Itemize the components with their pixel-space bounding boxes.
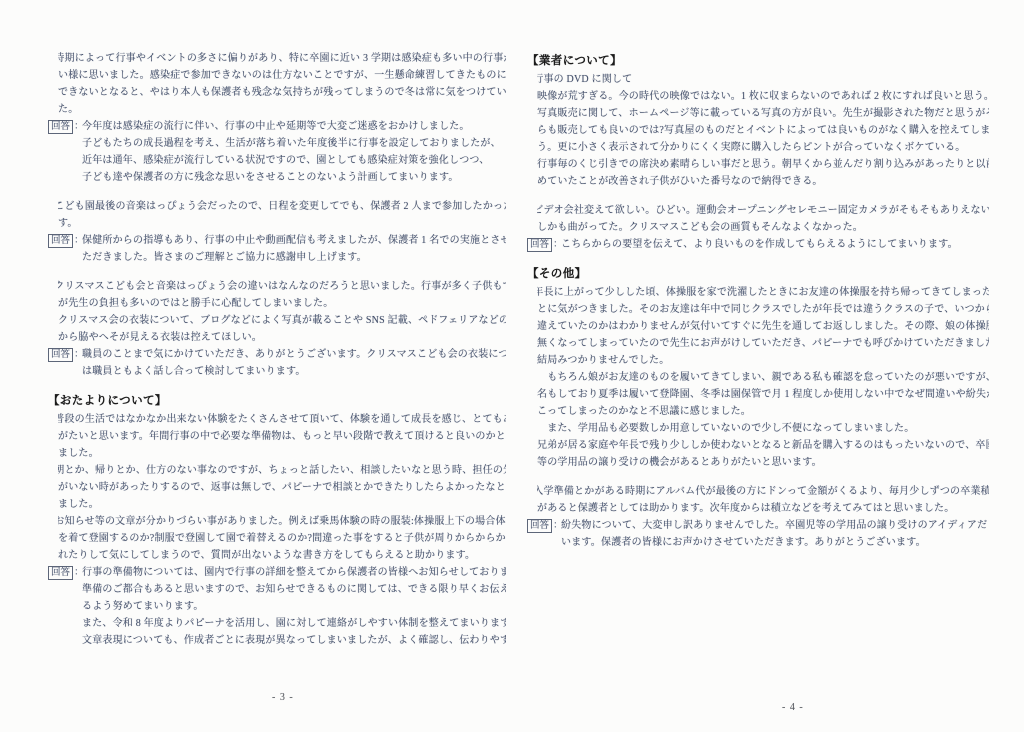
answer-text-line: 準備のご都合もあると思いますので、お知らせできるものに関しては、できる限り早くお… (82, 581, 506, 598)
question-text-line: クリスマスこども会と音楽はっぴょう会の違いはなんなのだろうと思いました。行事が多… (58, 278, 506, 295)
answer-label: 回答 (48, 120, 73, 134)
page-number-3: - 3 - (272, 692, 294, 703)
answer-colon-mark (553, 236, 563, 253)
question-text-line: また、学用品も必要数しか用意していないので少し不便になってしまいました。 (537, 420, 989, 437)
answer-text-line: るよう努めてまいります。 (82, 598, 506, 615)
question-text-line: がたいと思います。年間行事の中で必要な準備物は、もっと早い段階で教えて頂けると良… (58, 428, 506, 445)
answer-block: 回答行事の準備物については、園内で行事の詳細を整えてから保護者の皆様へお知らせし… (48, 564, 506, 649)
question-text-line: 写真販売に関して、ホームページ等に載っている写真の方が良い。先生が撮影された物だ… (537, 105, 989, 122)
answer-block: 回答こちらからの要望を伝えて、より良いものを作成してもらえるようにしてまいります… (527, 236, 989, 253)
page-number-4: - 4 - (782, 702, 804, 713)
document-page-3: 時期によって行事やイベントの多さに偏りがあり、特に卒園に近い 3 学期は感染症も… (48, 50, 506, 649)
document-canvas: 時期によって行事やイベントの多さに偏りがあり、特に卒園に近い 3 学期は感染症も… (0, 0, 1024, 732)
question-item: 普段の生活ではなかなか出来ない体験をたくさんさせて頂いて、体験を通して成長を感じ… (48, 411, 506, 462)
answer-text-line: 近年は通年、感染症が流行している状況ですので、園としても感染症対策を強化しつつ、 (82, 152, 506, 169)
answer-text-line: こちらからの要望を伝えて、より良いものを作成してもらえるようにしてまいります。 (561, 236, 989, 253)
question-item: 時期によって行事やイベントの多さに偏りがあり、特に卒園に近い 3 学期は感染症も… (48, 50, 506, 118)
answer-text-line: 保健所からの指導もあり、行事の中止や動画配信も考えましたが、保護者 1 名での実… (82, 232, 506, 249)
answer-label: 回答 (527, 238, 552, 252)
answer-text-line: 文章表現についても、作成者ごとに表現が異なってしまいましたが、よく確認し、伝わり… (82, 632, 506, 649)
question-text-line: こども園最後の音楽はっぴょう会だったので、日程を変更してでも、保護者 2 人まで… (58, 198, 506, 215)
question-text-line: ビデオ会社変えて欲しい。ひどい。運動会オープニングセレモニー固定カメラがそもそも… (537, 202, 989, 219)
question-text-line: た。 (58, 101, 506, 118)
question-text-line: から脇やへそが見える衣装は控えてほしい。 (58, 329, 506, 346)
question-item: こども園最後の音楽はっぴょう会だったので、日程を変更してでも、保護者 2 人まで… (48, 198, 506, 232)
answer-block: 回答紛失物について、大変申し訳ありませんでした。卒園児等の学用品の譲り受けのアイ… (527, 517, 989, 551)
question-group: ビデオ会社変えて欲しい。ひどい。運動会オープニングセレモニー固定カメラがそもそも… (527, 202, 989, 236)
question-text-line: 入学準備とかがある時期にアルバム代が最後の方にドンって金額がくるより、毎月少しず… (537, 483, 989, 500)
question-text-line: 違えていたのかはわかりませんが気付いてすぐに先生を通してお返ししました。その際、… (537, 318, 989, 335)
answer-colon-mark (553, 517, 563, 534)
question-group: 入学準備とかがある時期にアルバム代が最後の方にドンって金額がくるより、毎月少しず… (527, 483, 989, 517)
section-heading: 【その他】 (527, 265, 989, 283)
question-text-line: こってしまったのかなと不思議に感じました。 (537, 403, 989, 420)
answer-text-line: は職員ともよく話し合って検討してまいります。 (82, 363, 506, 380)
question-text-line: 兄弟が居る家庭や年長で残り少ししか使わないとなると新品を購入するのはもったいない… (537, 437, 989, 454)
question-text-line: できないとなると、やはり本人も保護者も残念な気持ちが残ってしまうので冬は常に気を… (58, 84, 506, 101)
question-text-line: す。 (58, 215, 506, 232)
question-text-line: ました。 (58, 445, 506, 462)
question-text-line: 普段の生活ではなかなか出来ない体験をたくさんさせて頂いて、体験を通して成長を感じ… (58, 411, 506, 428)
question-text-line: う。更に小さく表示されて分かりにくく実際に購入したらピントが合っていなくボケてい… (537, 139, 989, 156)
answer-block: 回答職員のことまで気にかけていただき、ありがとうございます。クリスマスこども会の… (48, 346, 506, 380)
question-item: お知らせ等の文章が分かりづらい事がありました。例えば乗馬体験の時の服装:体操服上… (48, 513, 506, 564)
section-heading: 【業者について】 (527, 52, 989, 70)
answer-colon-mark (74, 118, 84, 135)
question-text-line: 無くなってしまっていたので先生にお声がけしていただき、パピーナでも呼びかけていた… (537, 335, 989, 352)
answer-block: 回答保健所からの指導もあり、行事の中止や動画配信も考えましたが、保護者 1 名で… (48, 232, 506, 266)
question-text-line: があると保護者としては助かります。次年度からは積立などを考えてみてはと思いました… (537, 500, 989, 517)
answer-text-line: 紛失物について、大変申し訳ありませんでした。卒園児等の学用品の譲り受けのアイディ… (561, 517, 989, 534)
answer-text-line: 職員のことまで気にかけていただき、ありがとうございます。クリスマスこども会の衣装… (82, 346, 506, 363)
answer-label: 回答 (48, 234, 73, 248)
question-item: 年長に上がって少しした頃、体操服を家で洗濯したときにお友達の体操服を持ち帰ってき… (527, 284, 989, 471)
question-item: クリスマスこども会と音楽はっぴょう会の違いはなんなのだろうと思いました。行事が多… (48, 278, 506, 346)
question-text-line: い様に思いました。感染症で参加できないのは仕方ないことですが、一生懸命練習してき… (58, 67, 506, 84)
answer-block: 回答今年度は感染症の流行に伴い、行事の中止や延期等で大変ご迷惑をおかけしました。… (48, 118, 506, 186)
question-text-line: めていたことが改善され子供がひいた番号なので納得できる。 (537, 173, 989, 190)
question-item: ビデオ会社変えて欲しい。ひどい。運動会オープニングセレモニー固定カメラがそもそも… (527, 202, 989, 236)
question-group: 普段の生活ではなかなか出来ない体験をたくさんさせて頂いて、体験を通して成長を感じ… (48, 411, 506, 564)
question-text-line: らも販売しても良いのでは?写真屋のものだとイベントによっては良いものがなく購入を… (537, 122, 989, 139)
question-group: クリスマスこども会と音楽はっぴょう会の違いはなんなのだろうと思いました。行事が多… (48, 278, 506, 346)
answer-label: 回答 (48, 566, 73, 580)
question-text-line: とに気がつきました。そのお友達は年中で同じクラスでしたが年長では違うクラスの子で… (537, 301, 989, 318)
answer-colon-mark (74, 564, 84, 581)
answer-colon-mark (74, 346, 84, 363)
answer-colon-mark (74, 232, 84, 249)
answer-text-line: 行事の準備物については、園内で行事の詳細を整えてから保護者の皆様へお知らせしてお… (82, 564, 506, 581)
question-text-line: 行事毎のくじ引きでの席決め素晴らしい事だと思う。朝早くから並んだり割り込みがあっ… (537, 156, 989, 173)
question-group: 行事の DVD に関して映像が荒すぎる。今の時代の映像ではない。1 枚に収まらな… (527, 71, 989, 190)
answer-text-line: また、令和 8 年度よりパピーナを活用し、園に対して連絡がしやすい体制を整えてま… (82, 615, 506, 632)
question-item: 朝とか、帰りとか、仕方のない事なのですが、ちょっと話したい、相談したいなと思う時… (48, 462, 506, 513)
question-text-line: 行事の DVD に関して (537, 71, 989, 88)
question-item: 行事の DVD に関して映像が荒すぎる。今の時代の映像ではない。1 枚に収まらな… (527, 71, 989, 190)
question-group: 時期によって行事やイベントの多さに偏りがあり、特に卒園に近い 3 学期は感染症も… (48, 50, 506, 118)
question-text-line: もちろん娘がお友達のものを履いてきてしまい、親である私も確認を怠っていたのが悪い… (537, 369, 989, 386)
question-text-line: がいない時があったりするので、返事は無しで、パピーナで相談とかできたりしたらよか… (58, 479, 506, 496)
answer-label: 回答 (48, 348, 73, 362)
page-4-blocks: 【業者について】行事の DVD に関して映像が荒すぎる。今の時代の映像ではない。… (527, 52, 989, 551)
answer-label: 回答 (527, 519, 552, 533)
question-text-line: クリスマス会の衣装について、ブログなどによく写真が載ることや SNS 記載、ペド… (58, 312, 506, 329)
question-text-line: 結局みつかりませんでした。 (537, 352, 989, 369)
question-text-line: れたりして気にしてしまうので、質問が出ないような書き方をしてもらえると助かります… (58, 547, 506, 564)
page-3-blocks: 時期によって行事やイベントの多さに偏りがあり、特に卒園に近い 3 学期は感染症も… (48, 50, 506, 649)
question-text-line: 映像が荒すぎる。今の時代の映像ではない。1 枚に収まらないのであれば 2 枚にす… (537, 88, 989, 105)
question-text-line: 時期によって行事やイベントの多さに偏りがあり、特に卒園に近い 3 学期は感染症も… (58, 50, 506, 67)
question-text-line: が先生の負担も多いのではと勝手に心配してしまいました。 (58, 295, 506, 312)
question-text-line: 名もしており夏季は履いて登降園、冬季は園保管で月 1 程度しか使用しない中でなぜ… (537, 386, 989, 403)
question-text-line: お知らせ等の文章が分かりづらい事がありました。例えば乗馬体験の時の服装:体操服上… (58, 513, 506, 530)
answer-text-line: 子ども達や保護者の方に残念な思いをさせることのないよう計画してまいります。 (82, 169, 506, 186)
answer-text-line: います。保護者の皆様にお声かけさせていただきます。ありがとうございます。 (561, 534, 989, 551)
answer-text-line: ただきました。皆さまのご理解とご協力に感謝申し上げます。 (82, 249, 506, 266)
question-item: 入学準備とかがある時期にアルバム代が最後の方にドンって金額がくるより、毎月少しず… (527, 483, 989, 517)
question-text-line: 等の学用品の譲り受けの機会があるとありがたいと思います。 (537, 454, 989, 471)
question-group: 年長に上がって少しした頃、体操服を家で洗濯したときにお友達の体操服を持ち帰ってき… (527, 284, 989, 471)
section-heading: 【おたよりについて】 (48, 392, 506, 410)
question-text-line: ました。 (58, 496, 506, 513)
answer-text-line: 今年度は感染症の流行に伴い、行事の中止や延期等で大変ご迷惑をおかけしました。 (82, 118, 506, 135)
question-group: こども園最後の音楽はっぴょう会だったので、日程を変更してでも、保護者 2 人まで… (48, 198, 506, 232)
question-text-line: 年長に上がって少しした頃、体操服を家で洗濯したときにお友達の体操服を持ち帰ってき… (537, 284, 989, 301)
question-text-line: しかも曲がってた。クリスマスこども会の画質もそんなよくなかった。 (537, 219, 989, 236)
document-page-4: 【業者について】行事の DVD に関して映像が荒すぎる。今の時代の映像ではない。… (527, 52, 989, 551)
answer-text-line: 子どもたちの成長過程を考え、生活が落ち着いた年度後半に行事を設定しておりましたが… (82, 135, 506, 152)
question-text-line: を着て登園するのか?制服で登園して園で着替えるのか?間違った事をすると子供が周り… (58, 530, 506, 547)
question-text-line: 朝とか、帰りとか、仕方のない事なのですが、ちょっと話したい、相談したいなと思う時… (58, 462, 506, 479)
